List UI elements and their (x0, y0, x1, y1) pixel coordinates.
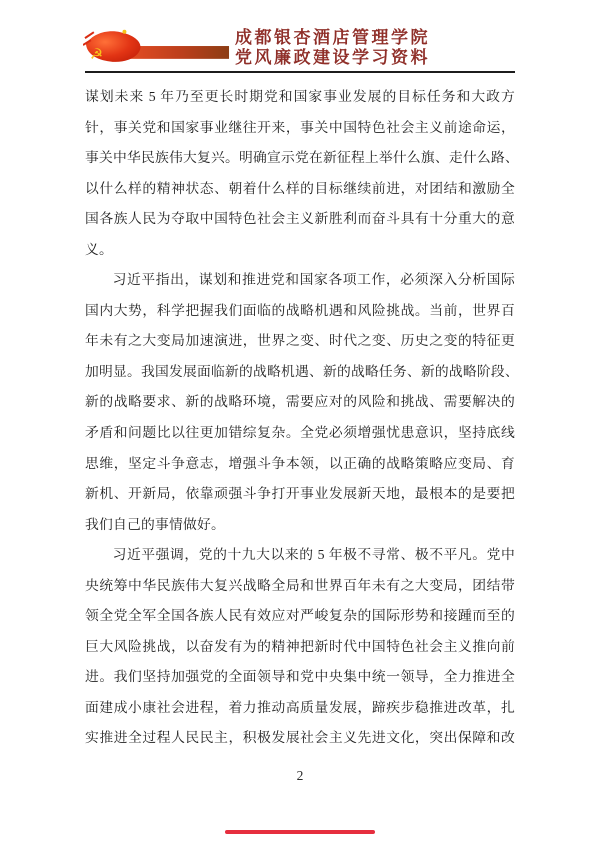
header-subtitle: 党风廉政建设学习资料 (235, 48, 430, 68)
text-line: 谋划未来 5 年乃至更长时期党和国家事业发展的目标任务和大政方 (85, 82, 515, 113)
header-divider (85, 71, 515, 73)
logo-spark (122, 30, 126, 34)
text-line: 我们自己的事情做好。 (85, 510, 515, 541)
page-number: 2 (0, 768, 600, 784)
text-line: 年未有之大变局加速演进，世界之变、时代之变、历史之变的特征更 (85, 326, 515, 357)
text-line: 面建成小康社会进程，着力推动高质量发展，蹄疾步稳推进改革，扎 (85, 693, 515, 724)
school-logo: ☭ (83, 28, 231, 68)
text-line: 新的战略要求、新的战略环境，需要应对的风险和挑战、需要解决的 (85, 387, 515, 418)
footer-accent-line (225, 830, 375, 834)
text-line: 国内大势，科学把握我们面临的战略机遇和风险挑战。当前，世界百 (85, 296, 515, 327)
document-body: 谋划未来 5 年乃至更长时期党和国家事业发展的目标任务和大政方 针，事关党和国家… (85, 82, 515, 754)
header-titles: 成都银杏酒店管理学院 党风廉政建设学习资料 (235, 28, 430, 68)
text-line: 矛盾和问题比以往更加错综复杂。全党必须增强忧患意识，坚持底线 (85, 418, 515, 449)
text-line: 央统筹中华民族伟大复兴战略全局和世界百年未有之大变局，团结带 (85, 571, 515, 602)
text-line: 习近平指出，谋划和推进党和国家各项工作，必须深入分析国际 (85, 265, 515, 296)
text-line: 事关中华民族伟大复兴。明确宣示党在新征程上举什么旗、走什么路、 (85, 143, 515, 174)
document-page: { "header": { "school_name": "成都银杏酒店管理学院… (0, 0, 600, 848)
text-line: 领全党全军全国各族人民有效应对严峻复杂的国际形势和接踵而至的 (85, 601, 515, 632)
text-line: 巨大风险挑战，以奋发有为的精神把新时代中国特色社会主义推向前 (85, 632, 515, 663)
paragraph: 习近平强调，党的十九大以来的 5 年极不寻常、极不平凡。党中 央统筹中华民族伟大… (85, 540, 515, 754)
text-line: 针，事关党和国家事业继往开来，事关中国特色社会主义前途命运， (85, 113, 515, 144)
paragraph: 谋划未来 5 年乃至更长时期党和国家事业发展的目标任务和大政方 针，事关党和国家… (85, 82, 515, 265)
text-line: 国各族人民为夺取中国特色社会主义新胜利而奋斗具有十分重大的意 (85, 204, 515, 235)
text-line: 新机、开新局，依靠顽强斗争打开事业发展新天地，最根本的是要把 (85, 479, 515, 510)
text-line: 思维，坚定斗争意志，增强斗争本领，以正确的战略策略应变局、育 (85, 449, 515, 480)
paragraph: 习近平指出，谋划和推进党和国家各项工作，必须深入分析国际 国内大势，科学把握我们… (85, 265, 515, 540)
text-line: 义。 (85, 235, 515, 266)
page-header: ☭ 成都银杏酒店管理学院 党风廉政建设学习资料 (83, 26, 517, 68)
text-line: 进。我们坚持加强党的全面领导和党中央集中统一领导，全力推进全 (85, 662, 515, 693)
text-line: 加明显。我国发展面临新的战略机遇、新的战略任务、新的战略阶段、 (85, 357, 515, 388)
school-name: 成都银杏酒店管理学院 (235, 28, 430, 48)
hammer-sickle-icon: ☭ (90, 46, 103, 63)
text-line: 以什么样的精神状态、朝着什么样的目标继续前进，对团结和激励全 (85, 174, 515, 205)
text-line: 实推进全过程人民民主，积极发展社会主义先进文化，突出保障和改 (85, 723, 515, 754)
text-line: 习近平强调，党的十九大以来的 5 年极不寻常、极不平凡。党中 (85, 540, 515, 571)
